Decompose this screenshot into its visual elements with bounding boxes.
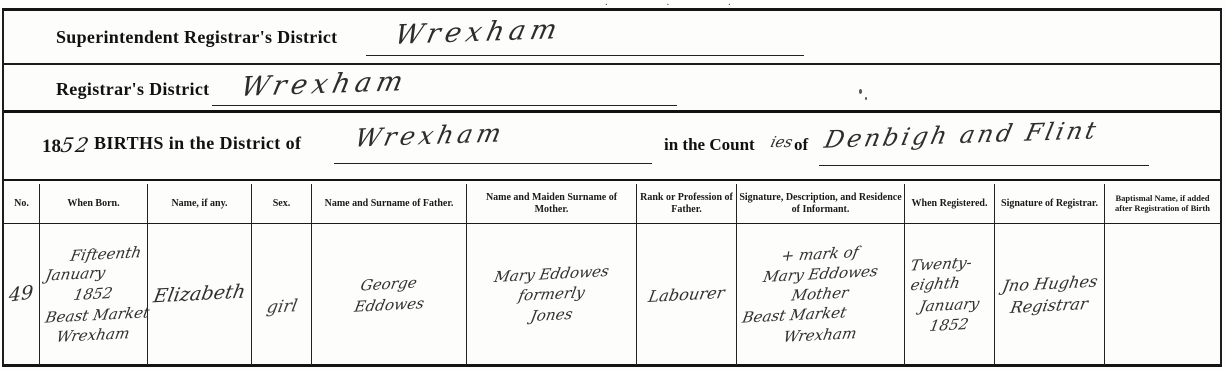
sex-value: girl [264, 295, 298, 319]
cell-father-profession: Labourer [637, 224, 737, 365]
when-born-line: Wrexham [55, 323, 131, 347]
when-registered-line: January [918, 293, 981, 316]
header-name-if-any: Name, if any. [148, 184, 252, 223]
informant-line: Wrexham [782, 323, 858, 347]
cell-baptismal-name [1105, 224, 1220, 365]
year-handwritten: 52 [59, 133, 93, 157]
county-handwritten-value: Denbigh and Flint [822, 116, 1101, 153]
birth-register-form: Superintendent Registrar's District Wrex… [2, 8, 1222, 367]
child-name-value: Elizabeth [151, 279, 247, 309]
superintendent-district-label: Superintendent Registrar's District [56, 27, 337, 48]
county-rule [819, 165, 1149, 166]
superintendent-district-row: Superintendent Registrar's District Wrex… [4, 11, 1220, 65]
header-father-name: Name and Surname of Father. [312, 184, 467, 223]
mother-name-line: Jones [529, 304, 574, 326]
district-rule [334, 163, 652, 164]
district-handwritten-value: Wrexham [352, 118, 508, 152]
registrar-signature-line: Registrar [1009, 293, 1090, 319]
header-sex: Sex. [252, 184, 312, 223]
cell-sex: girl [252, 224, 312, 365]
registrar-district-rule [212, 105, 677, 106]
header-no: No. [4, 184, 40, 223]
ink-speck [859, 89, 862, 94]
mother-name-line: formerly [517, 283, 587, 307]
when-born-line: Beast Market [44, 302, 152, 328]
year-printed: 18 [42, 136, 61, 157]
county-label-post: of [794, 135, 808, 155]
header-baptismal-name: Baptismal Name, if added after Registrat… [1105, 184, 1220, 223]
when-registered-line: eighth [909, 273, 962, 296]
cell-child-name: Elizabeth [148, 224, 252, 365]
superintendent-district-rule [366, 55, 804, 56]
father-profession-value: Labourer [647, 282, 727, 307]
father-name-line: Eddowes [353, 293, 426, 317]
table-row: 49 Fifteenth January 1852 Beast Market W… [4, 224, 1220, 365]
year: 1852 [42, 133, 90, 158]
father-name-line: George [359, 273, 419, 296]
table-header-row: No. When Born. Name, if any. Sex. Name a… [4, 184, 1220, 224]
header-rank-profession: Rank or Profession of Father. [637, 184, 737, 223]
cell-when-registered: Twenty- eighth January 1852 [905, 224, 995, 365]
birth-register-table: No. When Born. Name, if any. Sex. Name a… [4, 184, 1220, 367]
births-label: BIRTHS in the District of [94, 133, 301, 154]
registrar-district-label: Registrar's District [56, 79, 209, 100]
when-registered-line: 1852 [928, 314, 970, 336]
cell-entry-number: 49 [4, 224, 40, 365]
cutoff-print-fragment: . . . [605, 0, 805, 6]
cell-informant: + mark of Mary Eddowes Mother Beast Mark… [737, 224, 905, 365]
registrar-district-handwritten-value: Wrexham [238, 66, 411, 103]
header-when-registered: When Registered. [905, 184, 995, 223]
cell-when-born: Fifteenth January 1852 Beast Market Wrex… [40, 224, 148, 365]
when-born-line: 1852 [72, 283, 114, 305]
cell-mother-name: Mary Eddowes formerly Jones [467, 224, 637, 365]
header-mother-name: Name and Maiden Surname of Mother. [467, 184, 637, 223]
births-title-row: 1852 BIRTHS in the District of Wrexham i… [4, 113, 1220, 181]
header-when-born: When Born. [40, 184, 148, 223]
ink-speck [865, 97, 867, 100]
entry-number-value: 49 [9, 280, 34, 309]
when-born-line: January [44, 263, 107, 286]
county-handwritten-insertion: ies [769, 133, 795, 151]
superintendent-district-handwritten-value: Wrexham [392, 14, 565, 51]
registrar-district-row: Registrar's District Wrexham [4, 65, 1220, 113]
header-registrar-signature: Signature of Registrar. [995, 184, 1105, 223]
cell-registrar-signature: Jno Hughes Registrar [995, 224, 1105, 365]
scanned-register-page: . . . Superintendent Registrar's Distric… [0, 0, 1226, 369]
when-registered-line: Twenty- [909, 252, 974, 275]
county-label-pre: in the Count [664, 135, 755, 155]
header-informant: Signature, Description, and Residence of… [737, 184, 905, 223]
cell-father-name: George Eddowes [312, 224, 467, 365]
